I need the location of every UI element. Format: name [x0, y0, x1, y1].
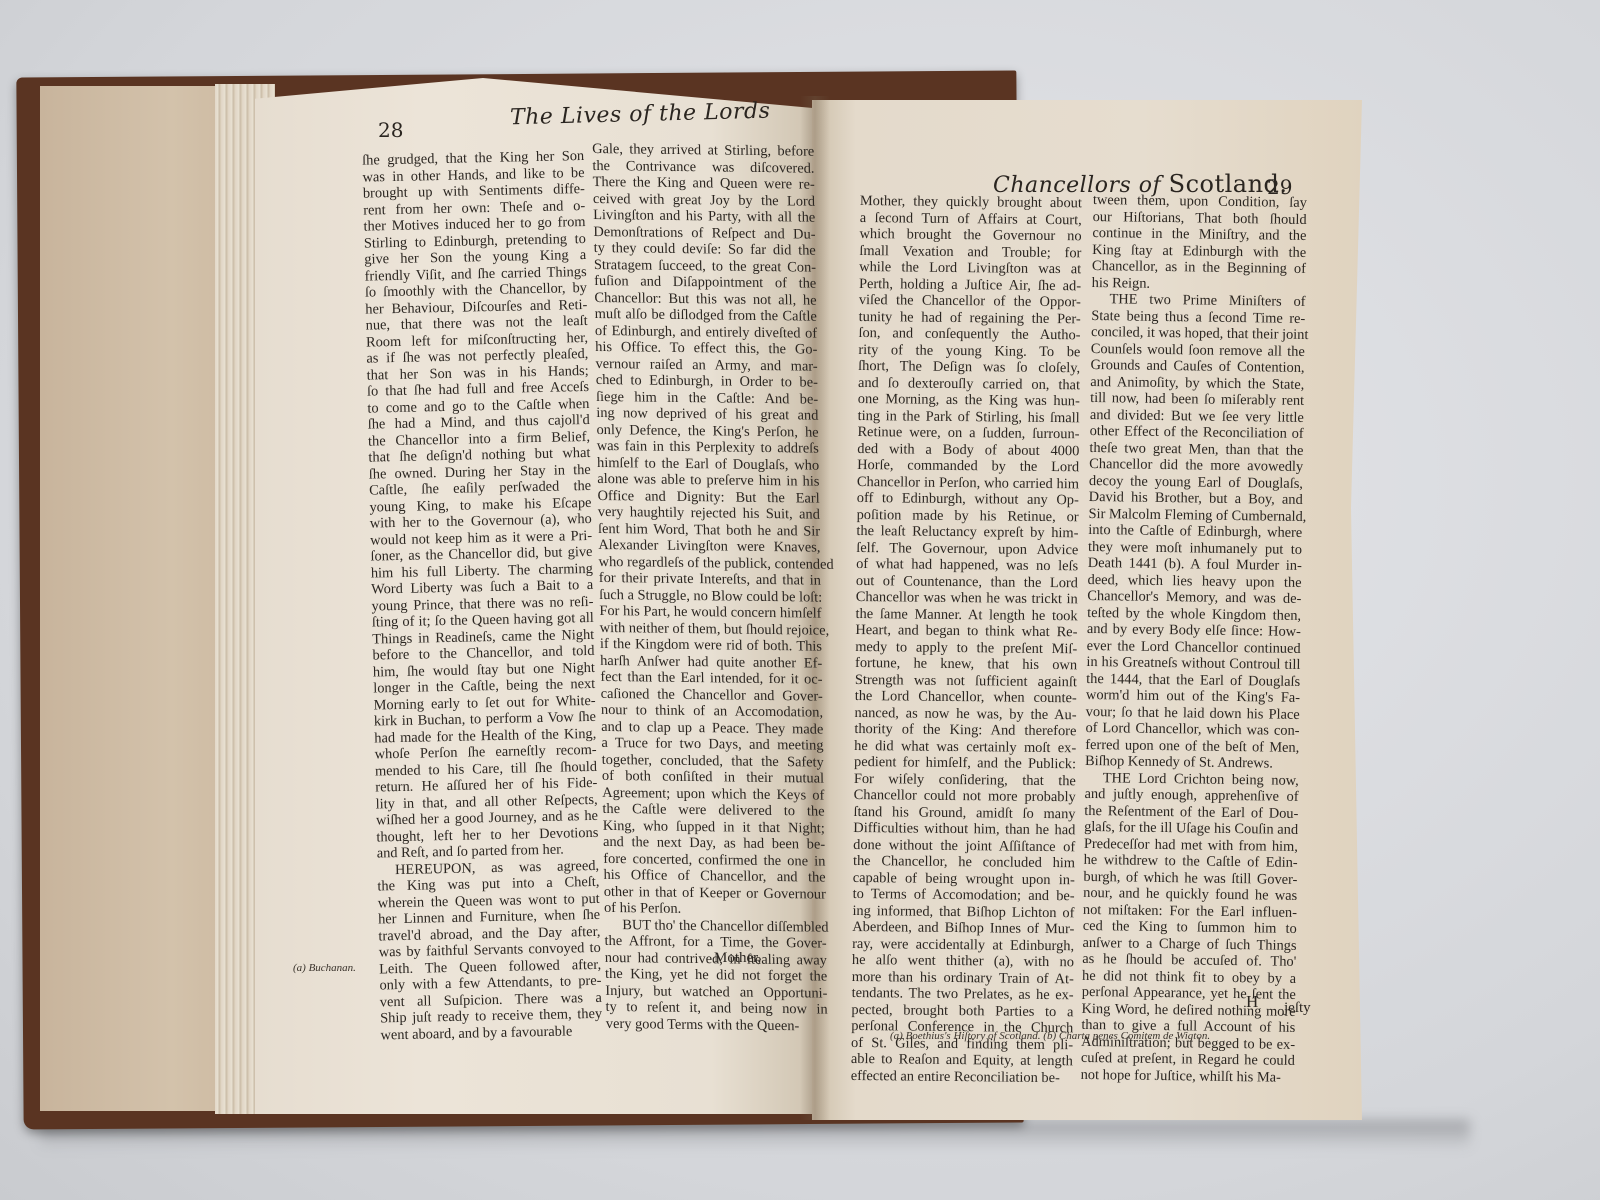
text-line: Chancellor was when he was trickt in — [856, 589, 1078, 608]
text-line: Difficulties without him, than he had — [853, 820, 1075, 839]
text-line: the Chancellor, he concluded him — [853, 853, 1075, 872]
text-line: able to Reaſon and Equity, at length — [851, 1051, 1073, 1070]
text-line: Aberdeen, and Biſhop Innes of Mur- — [852, 919, 1074, 938]
text-line: he alſo went thither (a), with no — [852, 952, 1074, 971]
left-footnote: (a) Buchanan. — [293, 962, 356, 974]
text-line: Livingſton and his Party, with all the — [593, 207, 815, 226]
text-line: the leaſt Reluctancy expreſt by him- — [856, 523, 1078, 542]
text-line: and the next Day, as had been be- — [603, 834, 825, 853]
text-line: ing now deprived of his great and — [596, 405, 818, 424]
text-line: while the Lord Livingſton was at — [859, 259, 1081, 278]
text-line: off to Edinburgh, without any Op- — [857, 490, 1079, 509]
left-page-column-1: ſhe grudged, that the King her Sonwas in… — [362, 148, 603, 1043]
text-line: ty to reſent it, and being now in — [605, 999, 827, 1018]
text-line: Heart, and began to think what Re- — [855, 622, 1077, 641]
text-line: to Terms of Accomodation; and be- — [853, 886, 1075, 905]
text-line: the Caſtle were delivered to the — [602, 801, 824, 820]
text-line: not hope for Juſtice, whilſt his Ma- — [1081, 1066, 1295, 1085]
left-catchword: Mother, — [714, 950, 761, 967]
text-line: ched to Edinburgh, in Order to be- — [596, 372, 818, 391]
text-line: very haughtily rejected his Suit, and — [598, 504, 820, 523]
text-line: Alexander Livingſton were Knaves, — [598, 537, 820, 556]
text-line: fect than the Earl intended, for it oc- — [600, 669, 822, 688]
right-page-column-2: tween them, upon Condition, ſayour Hiſto… — [1081, 192, 1307, 1086]
text-line: pedient for himſelf, and the Publick: — [854, 754, 1076, 773]
text-line: his Office. To effect this, the Go- — [595, 339, 817, 358]
text-line: Gale, they arrived at Stirling, before — [592, 141, 814, 160]
text-line: tendants. The two Prelates, as he ex- — [852, 985, 1074, 1004]
right-catchword: jeſty — [1284, 1000, 1311, 1017]
text-line: alone was able to preſerve him in his — [597, 471, 819, 490]
text-line: for their private Intereſts, and that in — [599, 570, 821, 589]
text-line: There the King and Queen were re- — [593, 174, 815, 193]
text-line: viſed the Chancellor of the Oppor- — [859, 292, 1081, 311]
right-page-column-1: Mother, they quickly brought abouta ſeco… — [851, 193, 1082, 1086]
text-line: which brought the Governour no — [859, 226, 1081, 245]
text-line: Chancellor could not more probably — [854, 787, 1076, 806]
text-line: of what had happened, was no leſs — [856, 556, 1078, 575]
text-line: if the Kingdom were rid of both. This — [600, 636, 822, 655]
text-line: fortune, he knew, that his own — [855, 655, 1077, 674]
right-footnote: (a) Boethius's Hiſtory of Scotland. (b) … — [890, 1030, 1210, 1042]
text-line: ſhort, The Deſign was ſo cloſely, — [858, 358, 1080, 377]
text-line: a Truce for two Days, and meeting — [601, 735, 823, 754]
text-line: For his Part, he would concern himſelf — [599, 603, 821, 622]
left-page-number: 28 — [378, 118, 403, 142]
left-page-column-2: Gale, they arrived at Stirling, beforeth… — [592, 141, 828, 1035]
text-line: fuſion and Diſappointment of the — [594, 273, 816, 292]
text-line: effected an entire Reconciliation be- — [851, 1067, 1073, 1086]
signature-mark: H — [1246, 992, 1258, 1012]
text-line: Mother, they quickly brought about — [860, 193, 1082, 212]
text-line: ty they could deviſe: So far did the — [594, 240, 816, 259]
text-line: thority of the King: And therefore — [854, 721, 1076, 740]
text-line: ſon, and conſequently the Autho- — [858, 325, 1080, 344]
text-line: of both conſiſted in their mutual — [602, 768, 824, 787]
text-line: his Office of Chancellor, and the — [603, 867, 825, 886]
text-line: of his Perſon. — [604, 900, 826, 919]
text-line: nour to think of an Accomodation, — [601, 702, 823, 721]
text-line: very good Terms with the Queen- — [606, 1015, 828, 1034]
text-line: one Morning, as the King was hun- — [858, 391, 1080, 410]
text-line: was fain in this Perplexity to addreſs — [597, 438, 819, 457]
text-line: muſt alſo be diſlodged from the Caſtle — [595, 306, 817, 325]
text-line: the King, yet he did not forget the — [605, 966, 827, 985]
text-line: Horſe, commanded by the Lord — [857, 457, 1079, 476]
text-line: the Lord Chancellor, when counte- — [855, 688, 1077, 707]
text-line: Retinue were, on a ſudden, ſurroun- — [857, 424, 1079, 443]
